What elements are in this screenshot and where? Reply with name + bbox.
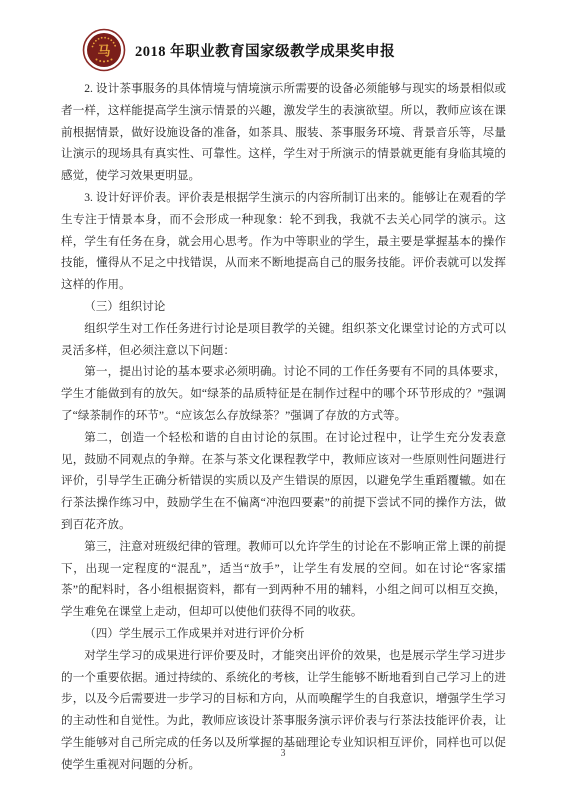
body-paragraph: 第三，注意对班级纪律的管理。教师可以允许学生的讨论在不影响正常上课的前提下，出现… [61, 536, 506, 623]
body-paragraph: 2. 设计茶事服务的具体情境与情境演示所需要的设备必须能够与现实的场景相似或者一… [61, 78, 506, 187]
document-title: 2018 年职业教育国家级教学成果奖申报 [135, 40, 395, 61]
body-paragraph: 3. 设计好评价表。评价表是根据学生演示的内容所制订出来的。能够让在观看的学生专… [61, 187, 506, 296]
body-paragraph: 组织学生对工作任务进行讨论是项目教学的关键。组织茶文化课堂讨论的方式可以灵活多样… [61, 318, 506, 362]
seal-horse-glyph: 马 [97, 44, 110, 59]
institution-seal-icon: 马 [82, 28, 126, 72]
section-heading: （四）学生展示工作成果并对进行评价分析 [61, 623, 506, 645]
document-body: 2. 设计茶事服务的具体情境与情境演示所需要的设备必须能够与现实的场景相似或者一… [61, 78, 506, 776]
body-paragraph: 第一，提出讨论的基本要求必须明确。讨论不同的工作任务要有不同的具体要求，学生才能… [61, 361, 506, 426]
section-heading: （三）组织讨论 [61, 296, 506, 318]
document-header: 马 2018 年职业教育国家级教学成果奖申报 [82, 27, 506, 73]
document-page: 马 2018 年职业教育国家级教学成果奖申报 2. 设计茶事服务的具体情境与情境… [0, 0, 566, 800]
body-paragraph: 第二，创造一个轻松和谐的自由讨论的氛围。在讨论过程中，让学生充分发表意见，鼓励不… [61, 427, 506, 536]
page-number: 3 [0, 748, 566, 759]
